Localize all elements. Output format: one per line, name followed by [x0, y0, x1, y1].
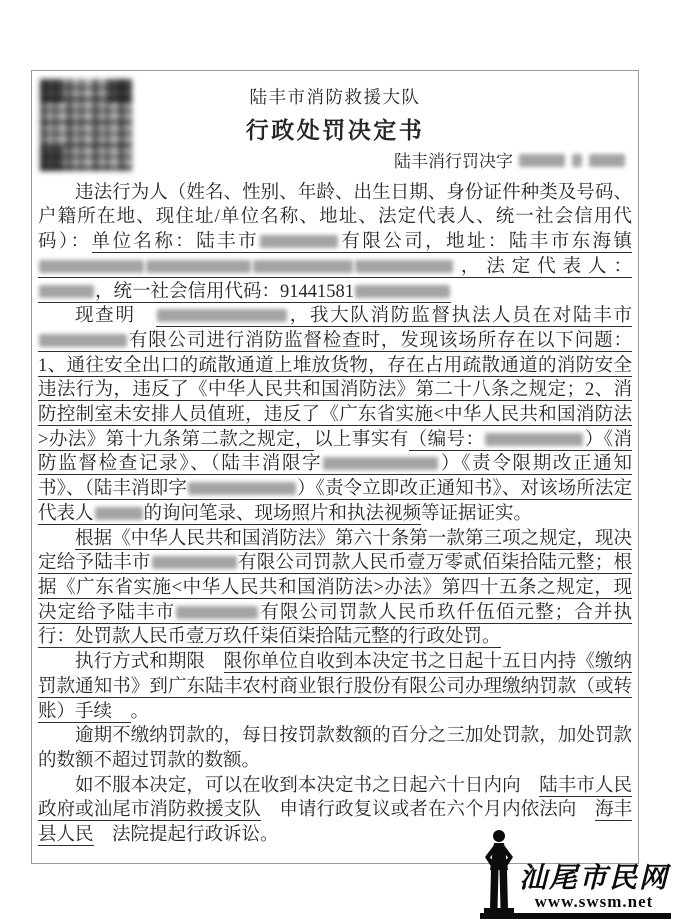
text-segment: ，我大队消防监督执法人员在对陆丰市 — [288, 306, 632, 326]
redacted-text — [188, 482, 296, 495]
site-watermark: 汕尾市民网 www.swsm.net — [480, 829, 671, 919]
underlined-segment — [38, 257, 145, 278]
text-segment: 等证据证实。 — [421, 504, 532, 524]
text-segment: （编号： — [409, 430, 485, 450]
redacted-text — [176, 606, 258, 619]
underlined-segment — [145, 257, 252, 278]
redacted-text — [39, 334, 127, 347]
redacted-doc-number — [572, 154, 582, 167]
text-segment: 如不服本决定，可以在收到本决定书之日起六十日内向 — [75, 776, 539, 796]
redacted-doc-number — [519, 154, 565, 167]
site-url: www.swsm.net — [535, 893, 654, 912]
underlined-segment: ，统一社会信用代码：91441581 — [95, 282, 354, 303]
underlined-segment — [354, 257, 454, 278]
redacted-text — [39, 260, 144, 273]
text-segment: ，统一社会信用代码：91441581 — [95, 282, 354, 302]
paragraph: 根据《中华人民共和国消防法》第六十条第一款第三项之规定，现决定给予陆丰市有限公司… — [38, 527, 632, 651]
redacted-text — [157, 309, 287, 322]
text-segment: 的询问笔录、现场照片和执法视频 — [144, 504, 422, 524]
text-segment: 现查明 — [75, 306, 156, 326]
underlined-segment — [354, 282, 451, 303]
underlined-segment — [322, 454, 439, 475]
site-name: 汕尾市民网 — [519, 864, 669, 893]
underlined-segment — [175, 603, 259, 624]
paragraph: 现查明 ，我大队消防监督执法人员在对陆丰市有限公司进行消防监督检查时，发现该场所… — [38, 304, 632, 526]
redacted-text — [485, 433, 583, 446]
underlined-segment — [38, 331, 128, 352]
document-number-redactions — [513, 152, 626, 171]
underlined-segment: 的询问笔录、现场照片和执法视频 — [144, 504, 422, 525]
text-segment: 。 — [131, 702, 150, 722]
text-segment: 申请行政复议或者在六个月内依法向 — [261, 800, 595, 820]
qr-code — [40, 79, 132, 171]
redacted-text — [253, 260, 353, 273]
text-segment: 逾期不缴纳罚款的，每日按罚款数额的百分之三加处罚款，加处罚款的数额不超过罚款的数… — [38, 726, 632, 771]
document-sheet: 陆丰市消防救援大队 行政处罚决定书 陆丰消行罚决字 违法行为人（姓名、性别、年龄… — [31, 70, 639, 864]
paragraph: 执行方式和期限 限你单位自收到本决定书之日起十五日内持《缴纳罚款通知书》到广东陆… — [38, 650, 632, 724]
underlined-segment: ，我大队消防监督执法人员在对陆丰市 — [288, 306, 632, 327]
underlined-segment — [156, 306, 288, 327]
text-segment: 有限公司，地址：陆丰市东海镇 — [339, 232, 632, 252]
redacted-doc-number — [589, 154, 625, 167]
redacted-text — [146, 260, 251, 273]
text-segment: 执行方式和期限 — [75, 652, 224, 672]
redacted-text — [152, 556, 237, 569]
redacted-text — [323, 457, 438, 470]
text-segment: 单位名称：陆丰市 — [92, 232, 259, 252]
underlined-segment — [484, 430, 584, 451]
underlined-segment: （编号： — [409, 430, 485, 451]
underlined-segment: 有限公司，地址：陆丰市东海镇 — [339, 232, 632, 253]
underlined-segment — [38, 282, 95, 303]
page: { "document": { "header": { "org": "陆丰市消… — [0, 0, 673, 919]
text-segment: 法院提起行政诉讼。 — [94, 825, 279, 845]
underlined-segment — [151, 553, 238, 574]
watermark-text: 汕尾市民网 www.swsm.net — [519, 864, 669, 913]
underlined-segment — [187, 479, 297, 500]
person-silhouette-icon — [482, 829, 516, 913]
text-segment: ，法定代表人： — [454, 257, 632, 277]
redacted-text — [355, 260, 453, 273]
underlined-segment — [252, 257, 354, 278]
document-number-prefix: 陆丰消行罚决字 — [394, 152, 513, 171]
underlined-segment: ，法定代表人： — [454, 257, 632, 278]
underlined-segment — [94, 504, 144, 525]
text-segment: 以上事实有 — [314, 430, 409, 450]
redacted-text — [95, 507, 143, 520]
redacted-text — [39, 285, 94, 298]
paragraph: 逾期不缴纳罚款的，每日按罚款数额的百分之三加处罚款，加处罚款的数额不超过罚款的数… — [38, 724, 632, 773]
redacted-text — [355, 285, 450, 298]
underlined-segment: 单位名称：陆丰市 — [92, 232, 259, 253]
paragraph: 违法行为人（姓名、性别、年龄、出生日期、身份证件种类及号码、户籍所在地、现住址/… — [38, 181, 632, 305]
document-body: 违法行为人（姓名、性别、年龄、出生日期、身份证件种类及号码、户籍所在地、现住址/… — [38, 181, 632, 848]
redacted-text — [260, 235, 338, 248]
underlined-segment — [259, 232, 339, 253]
